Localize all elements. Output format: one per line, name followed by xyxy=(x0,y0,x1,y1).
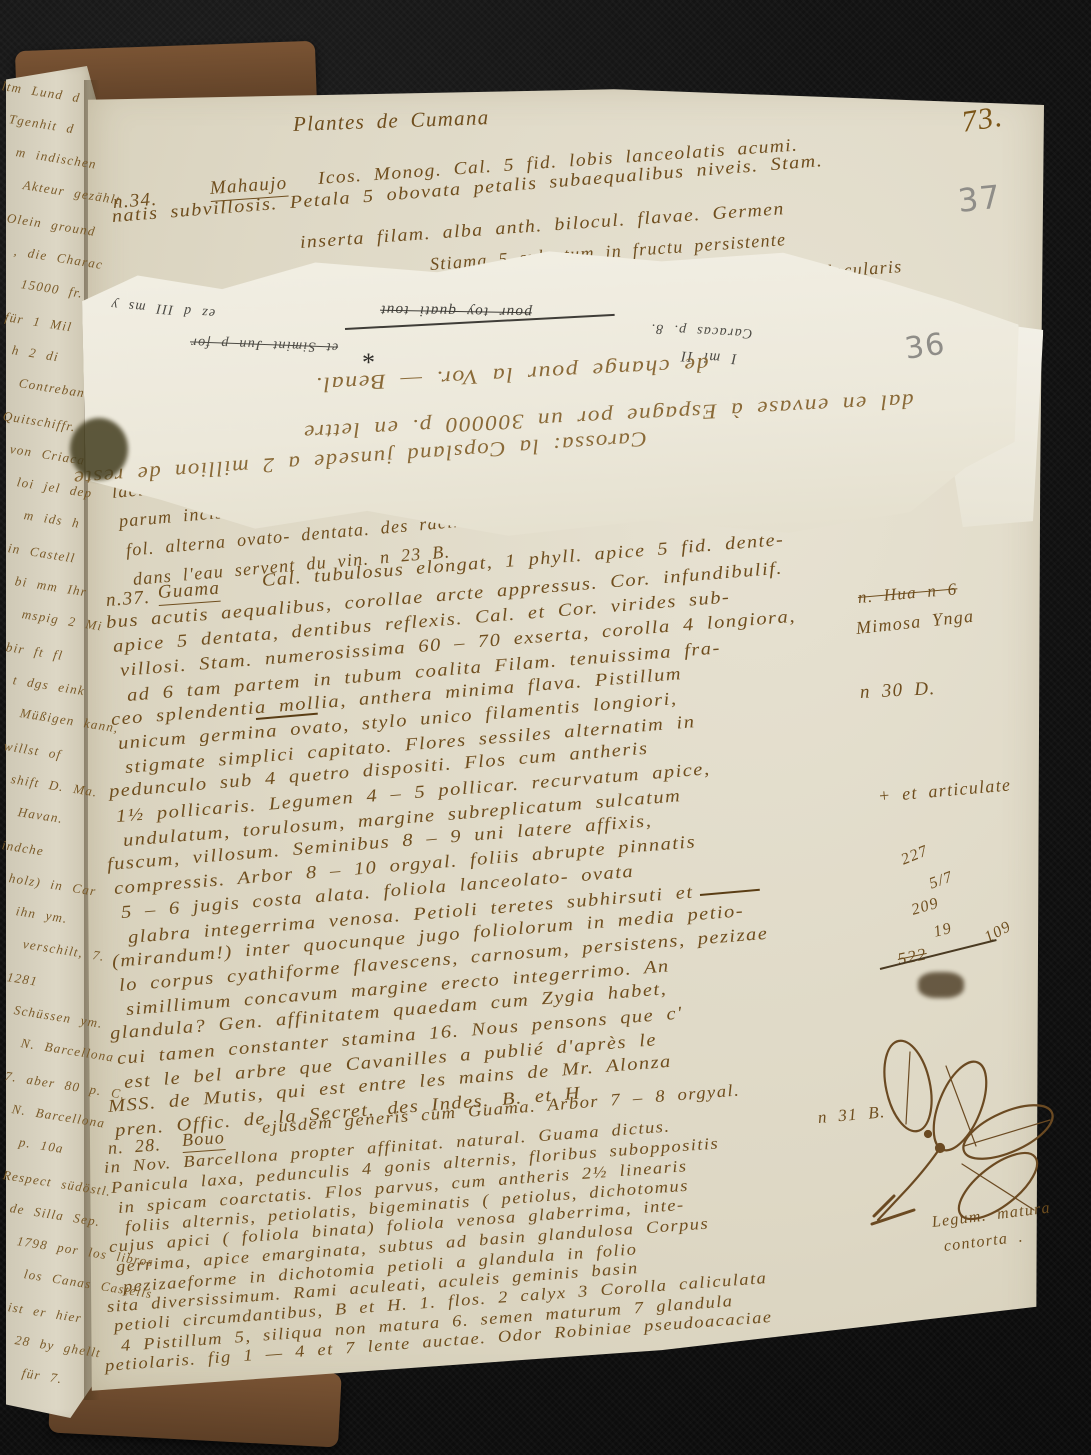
slip-scribble-struck: pour toy quati tout xyxy=(380,301,532,321)
pencil-slip-number: 36 xyxy=(903,326,948,366)
pencil-folio-number: 37 xyxy=(956,178,1003,220)
margin-n30-note: n 30 D. xyxy=(859,678,936,704)
entry28-label: n. 28. xyxy=(107,1134,162,1159)
manuscript-scan: ltm Lund dTgenhit dm indischenAkteur gez… xyxy=(0,0,1091,1455)
entry28-name: Bouo xyxy=(181,1127,226,1153)
folio-number: 73. xyxy=(959,100,1005,140)
ink-blot xyxy=(918,972,964,998)
leaf-sketch xyxy=(836,1028,1076,1258)
entry37-name: Guama xyxy=(157,578,221,606)
ink-stain xyxy=(70,418,128,480)
entry37-label: n.37. xyxy=(105,587,151,612)
